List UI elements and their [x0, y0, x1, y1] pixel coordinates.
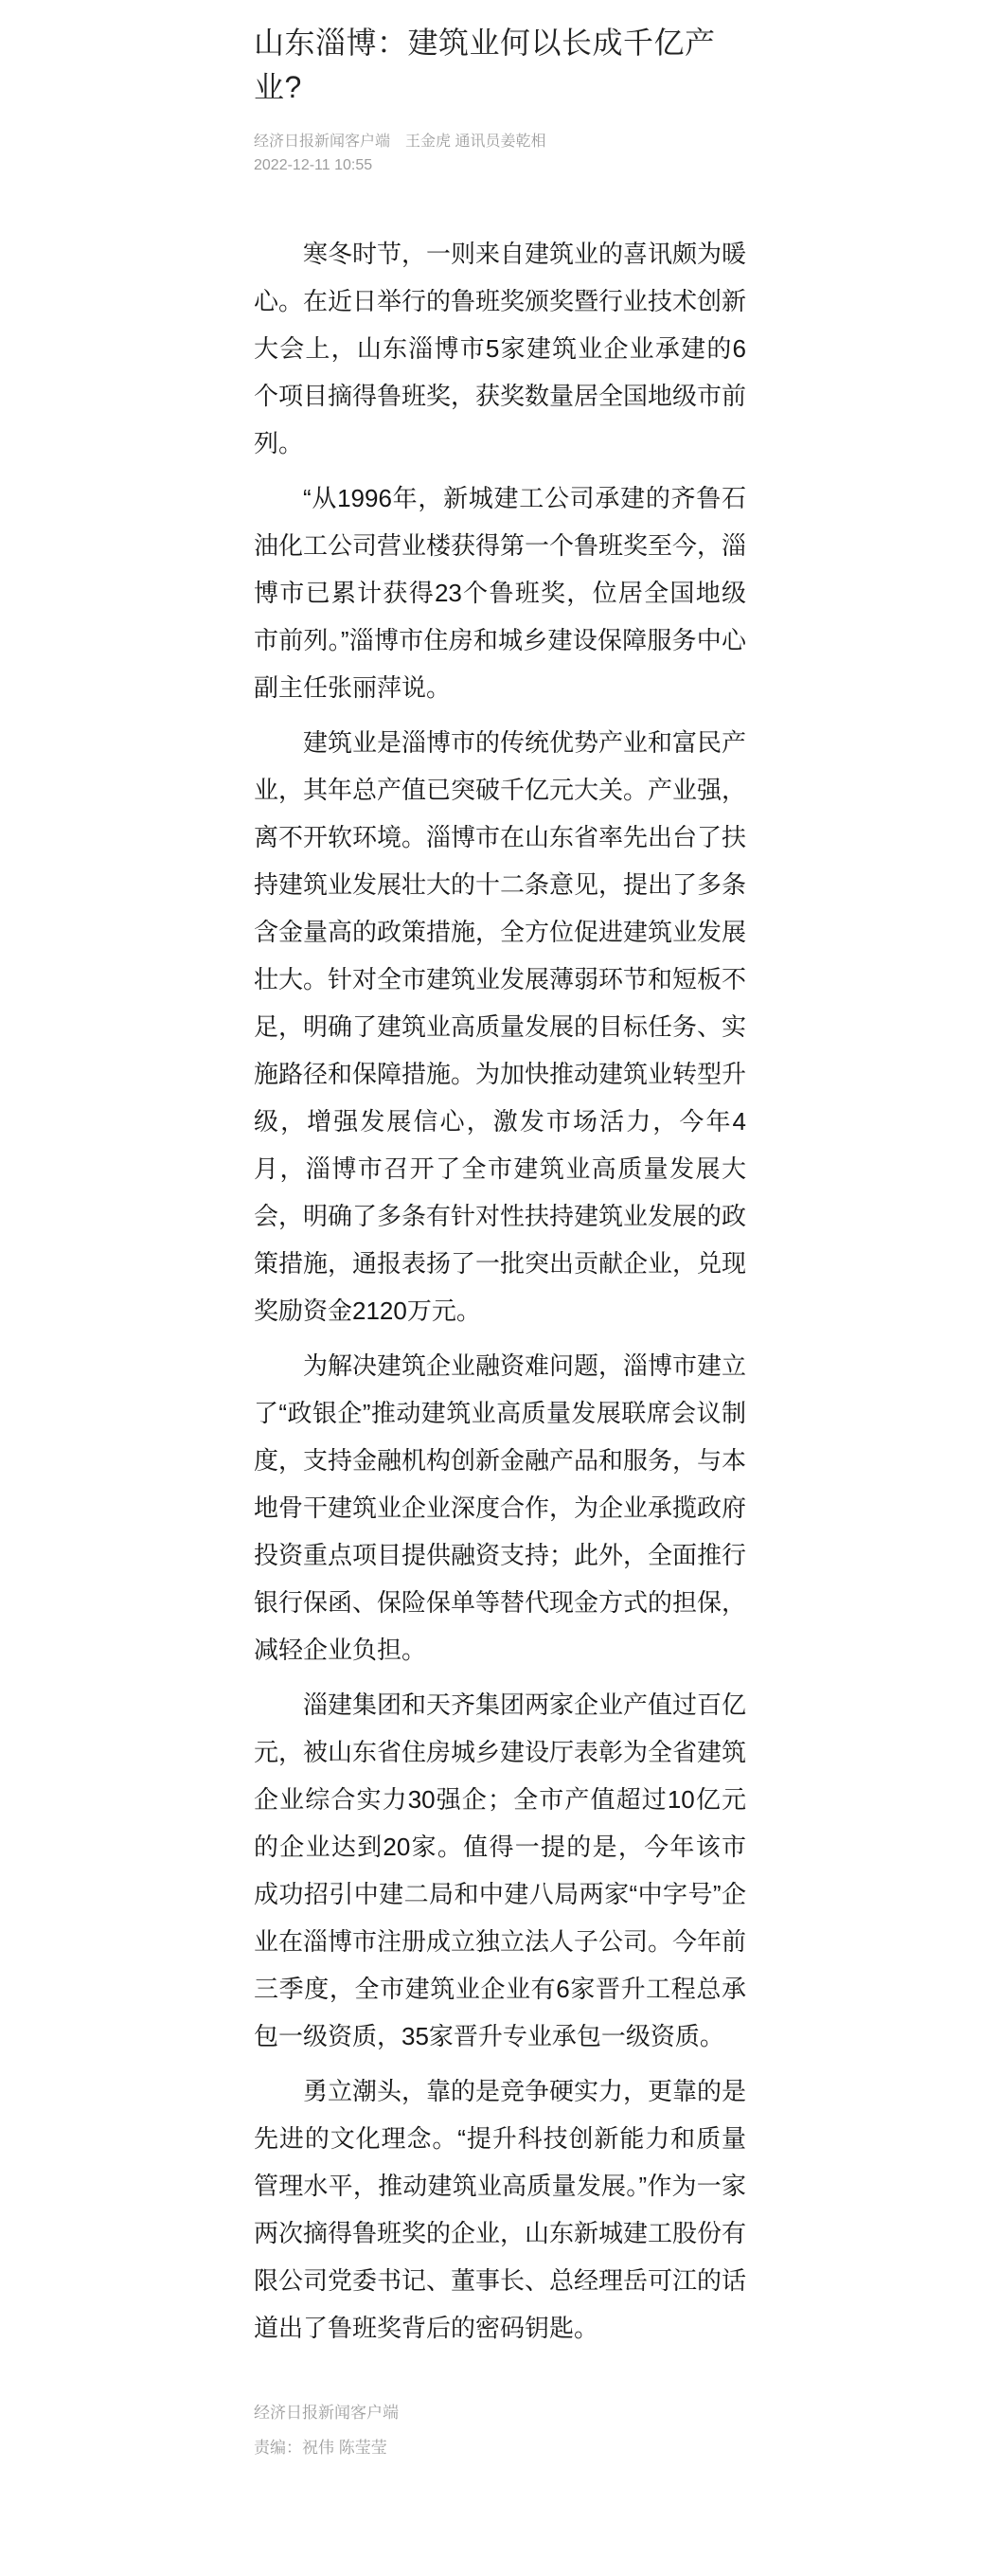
page-title: 山东淄博：建筑业何以长成千亿产业?: [254, 21, 746, 110]
article-paragraph: 为解决建筑企业融资难问题，淄博市建立了“政银企”推动建筑业高质量发展联席会议制度…: [254, 1342, 746, 1673]
article-body: 寒冬时节，一则来自建筑业的喜讯颇为暖心。在近日举行的鲁班奖颁奖暨行业技术创新大会…: [254, 230, 746, 2352]
article-paragraph: 寒冬时节，一则来自建筑业的喜讯颇为暖心。在近日举行的鲁班奖颁奖暨行业技术创新大会…: [254, 230, 746, 467]
footer-source: 经济日报新闻客户端: [254, 2395, 746, 2430]
article-byline: 经济日报新闻客户端 王金虎 通讯员姜乾相: [254, 130, 746, 153]
article-paragraph: 建筑业是淄博市的传统优势产业和富民产业，其年总产值已突破千亿元大关。产业强，离不…: [254, 719, 746, 1334]
article-footer: 经济日报新闻客户端 责编：祝伟 陈莹莹: [254, 2395, 746, 2494]
footer-editors: 责编：祝伟 陈莹莹: [254, 2430, 746, 2465]
article-page: 山东淄博：建筑业何以长成千亿产业? 经济日报新闻客户端 王金虎 通讯员姜乾相 2…: [0, 0, 981, 2576]
article-paragraph: 勇立潮头，靠的是竞争硬实力，更靠的是先进的文化理念。“提升科技创新能力和质量管理…: [254, 2067, 746, 2352]
article-content: 山东淄博：建筑业何以长成千亿产业? 经济日报新闻客户端 王金虎 通讯员姜乾相 2…: [254, 0, 746, 2494]
article-meta: 经济日报新闻客户端 王金虎 通讯员姜乾相 2022-12-11 10:55: [254, 130, 746, 177]
article-date: 2022-12-11 10:55: [254, 153, 746, 177]
article-paragraph: “从1996年，新城建工公司承建的齐鲁石油化工公司营业楼获得第一个鲁班奖至今，淄…: [254, 474, 746, 711]
article-paragraph: 淄建集团和天齐集团两家企业产值过百亿元，被山东省住房城乡建设厅表彰为全省建筑企业…: [254, 1681, 746, 2060]
